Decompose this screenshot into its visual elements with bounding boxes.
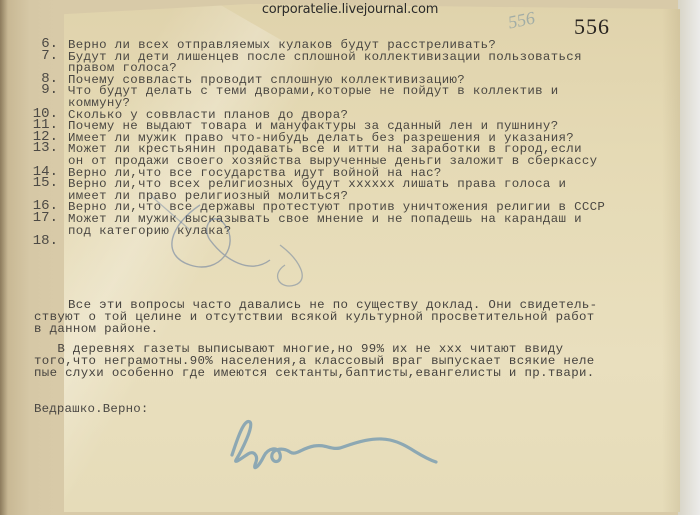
- question-number: 7.: [26, 48, 58, 64]
- paragraph-line: в данном районе.: [34, 322, 159, 336]
- question-number: 15.: [26, 175, 58, 191]
- paragraph-line: пые слухи особенно где имеются сектанты,…: [34, 366, 595, 380]
- question-number: 18.: [26, 233, 58, 249]
- document-scan: corporatelie.livejournal.com 556 556 6.В…: [0, 0, 700, 515]
- page-number: 556: [574, 14, 610, 40]
- question-number: 17.: [26, 210, 58, 226]
- question-text-line: Что будут делать с теми дворами,которые …: [68, 84, 559, 98]
- question-number: 9.: [26, 82, 58, 98]
- signature: [222, 410, 502, 480]
- question-text-line: под категорию кулака?: [68, 224, 232, 238]
- scan-background: [678, 0, 700, 515]
- signature-label: Ведрашко.Верно:: [34, 402, 149, 416]
- question-number: 13.: [26, 140, 58, 156]
